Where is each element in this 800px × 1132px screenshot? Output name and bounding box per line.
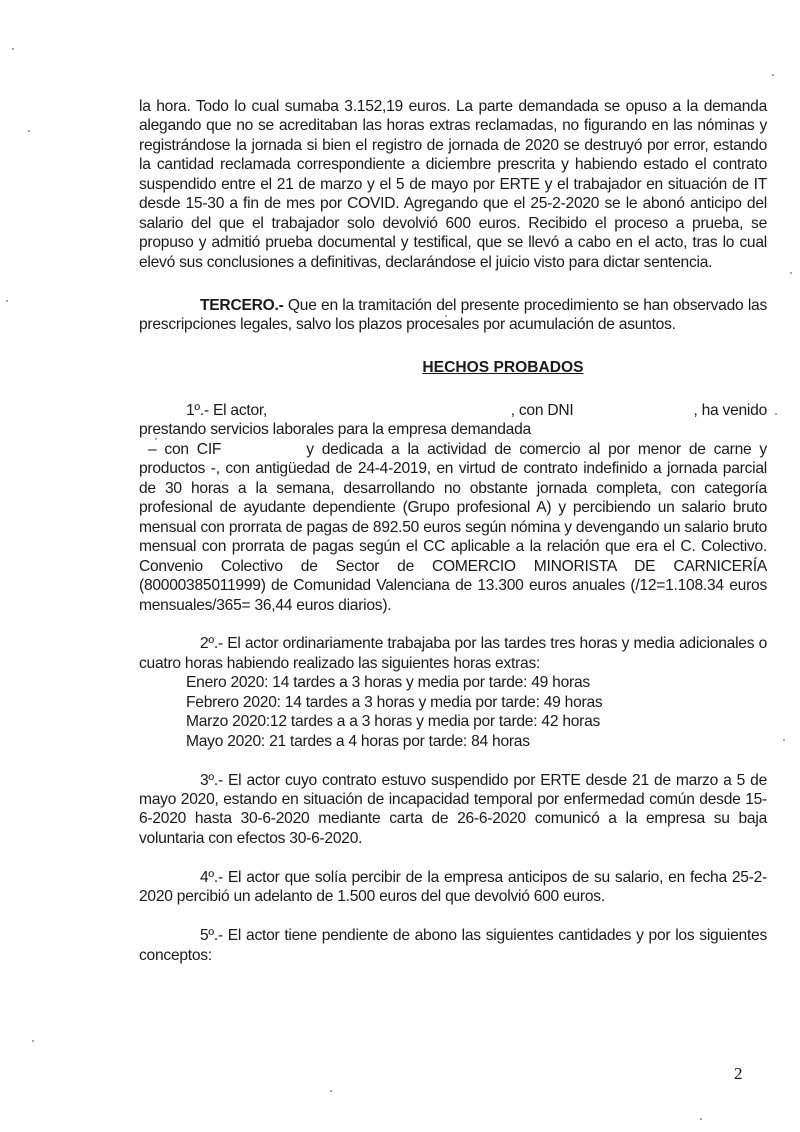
section-heading-hechos-probados: HECHOS PROBADOS — [139, 358, 767, 378]
hecho-1-cif-label: – con CIF — [139, 441, 306, 458]
scan-speck — [6, 300, 8, 302]
hecho-3: 3º.- El actor cuyo contrato estuvo suspe… — [139, 771, 767, 849]
list-item: Marzo 2020:12 tardes a a 3 horas y media… — [186, 712, 767, 731]
list-item: Enero 2020: 14 tardes a 3 horas y media … — [186, 673, 767, 692]
hecho-1-dni-label: , con DNI — [511, 401, 694, 420]
tercero-label: TERCERO.- — [200, 297, 284, 314]
hecho-1-text: y dedicada a la actividad de comercio al… — [139, 441, 767, 614]
scan-speck — [12, 48, 14, 50]
hecho-1: 1º.- El actor, , con DNI , ha venido pre… — [139, 401, 767, 615]
tercero-paragraph: TERCERO.- Que en la tramitación del pres… — [139, 296, 767, 335]
scan-speck — [772, 74, 774, 76]
hecho-4: 4º.- El actor que solía percibir de la e… — [139, 868, 767, 907]
hecho-1-body: – con CIFy dedicada a la actividad de co… — [139, 440, 767, 615]
scan-speck — [445, 315, 447, 317]
hecho-1-empresa-line: prestando servicios laborales para la em… — [139, 420, 767, 439]
list-item: Febrero 2020: 14 tardes a 3 horas y medi… — [186, 693, 767, 712]
hecho-1-actor-label: 1º.- El actor, — [186, 401, 267, 420]
scan-speck — [790, 272, 792, 274]
hecho-2-text: 2º.- El actor ordinariamente trabajaba p… — [139, 634, 767, 673]
scan-speck — [330, 1090, 332, 1092]
document-page: la hora. Todo lo cual sumaba 3.152,19 eu… — [0, 0, 800, 1132]
antecedentes-paragraph-continuation: la hora. Todo lo cual sumaba 3.152,19 eu… — [139, 97, 767, 272]
hecho-2: 2º.- El actor ordinariamente trabajaba p… — [139, 634, 767, 751]
page-content: la hora. Todo lo cual sumaba 3.152,19 eu… — [139, 97, 767, 965]
horas-extras-list: Enero 2020: 14 tardes a 3 horas y media … — [139, 673, 767, 751]
scan-speck — [775, 413, 777, 415]
scan-speck — [700, 1118, 702, 1120]
page-number: 2 — [734, 1064, 743, 1084]
hecho-5: 5º.- El actor tiene pendiente de abono l… — [139, 926, 767, 965]
scan-speck — [783, 739, 785, 741]
scan-speck — [32, 1040, 34, 1042]
list-item: Mayo 2020: 21 tardes a 4 horas por tarde… — [186, 732, 767, 751]
scan-speck — [28, 130, 30, 132]
scan-speck — [155, 438, 157, 440]
hecho-1-ha-venido: , ha venido — [693, 401, 767, 420]
